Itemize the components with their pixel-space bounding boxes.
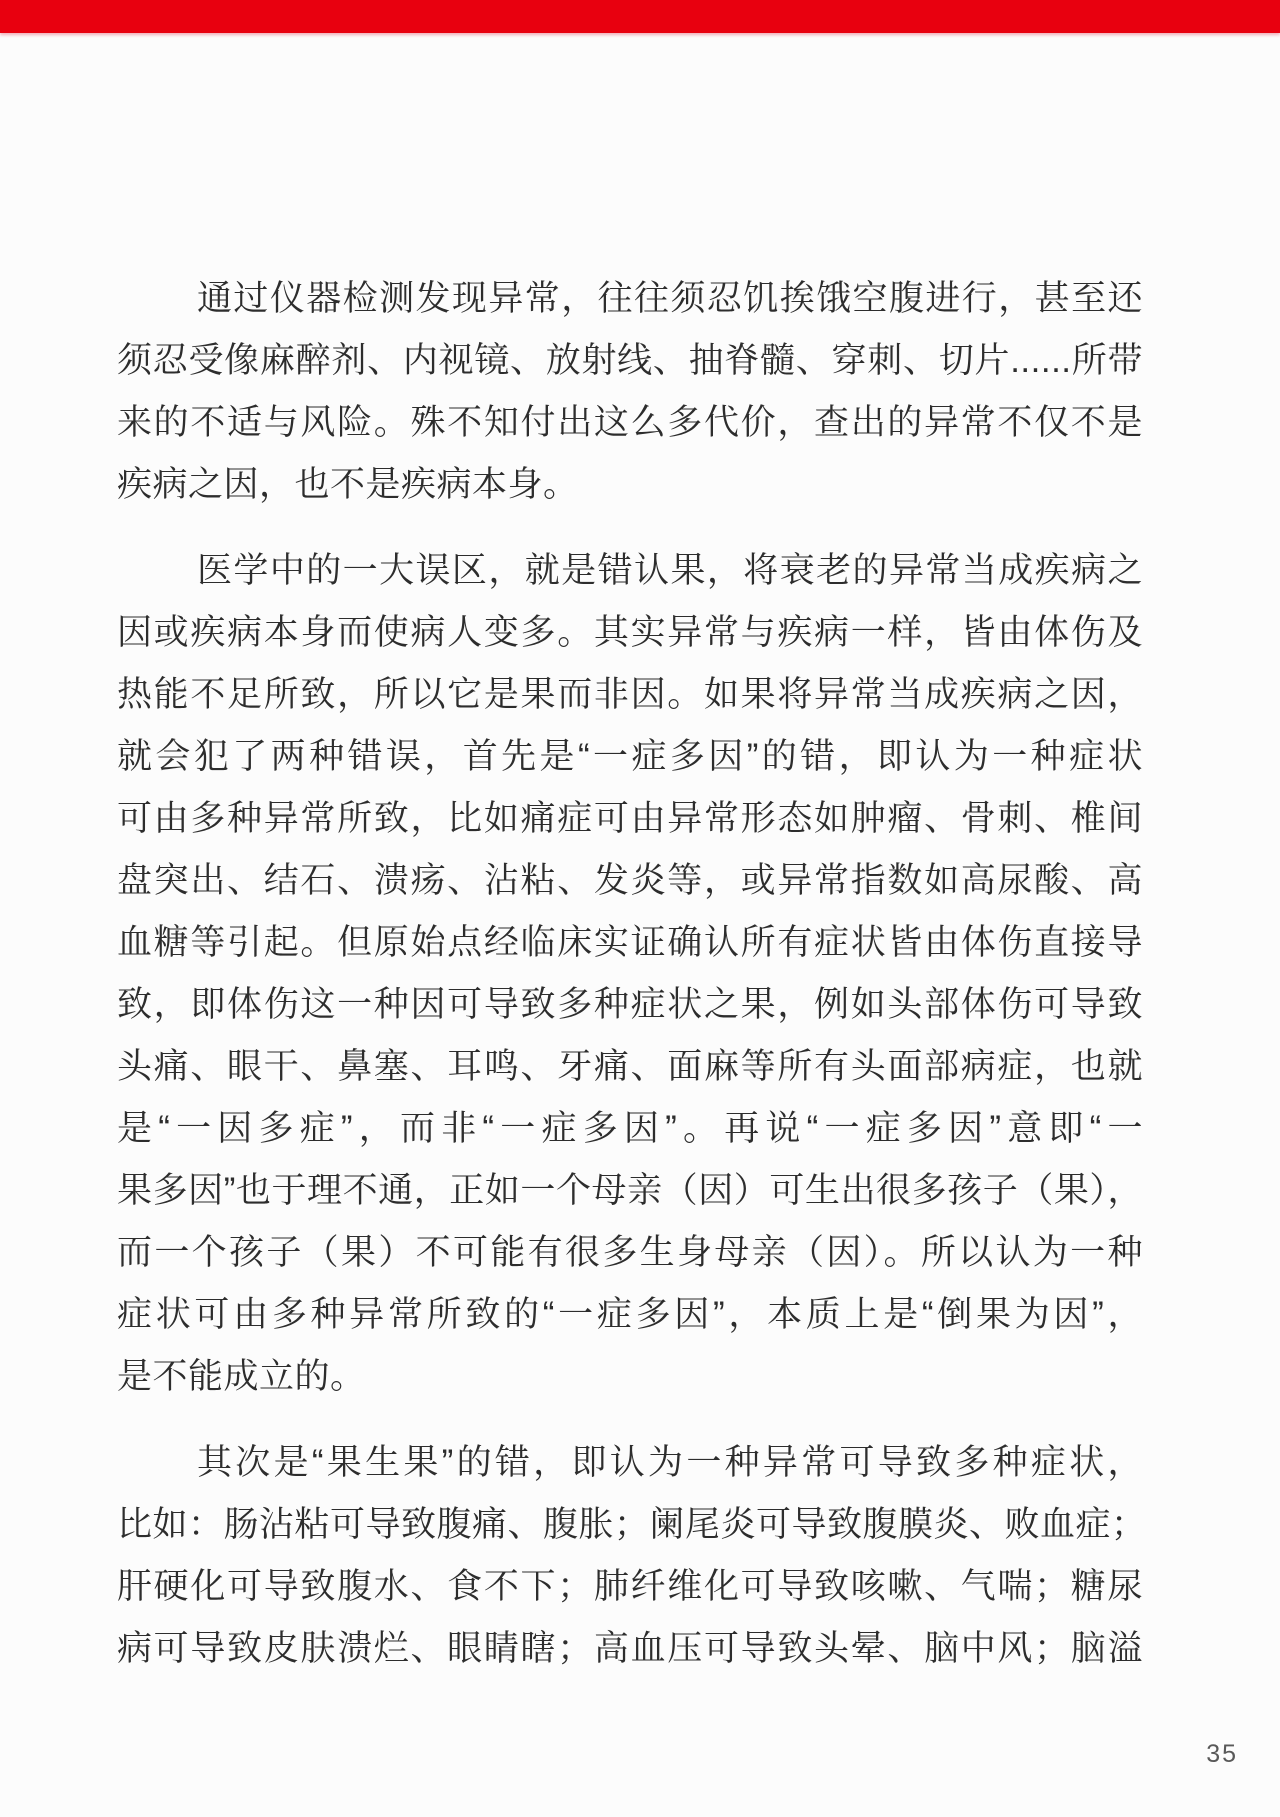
paragraph: 其次是“果生果”的错，即认为一种异常可导致多种症状，比如：肠沾粘可导致腹痛、腹胀… [117,1432,1143,1680]
text-line: 医学中的一大误区，就是错认果，将衰老的异常当成疾病之 [117,540,1143,602]
document-page: 通过仪器检测发现异常，往往须忍饥挨饿空腹进行，甚至还须忍受像麻醉剂、内视镜、放射… [0,0,1280,1817]
text-line: 致，即体伤这一种因可导致多种症状之果，例如头部体伤可导致 [117,974,1143,1036]
text-line: 果多因”也于理不通，正如一个母亲（因）可生出很多孩子（果）， [117,1160,1143,1222]
text-line: 血糖等引起。但原始点经临床实证确认所有症状皆由体伤直接导 [117,912,1143,974]
text-line: 须忍受像麻醉剂、内视镜、放射线、抽脊髓、穿刺、切片......所带 [117,330,1143,392]
text-line: 通过仪器检测发现异常，往往须忍饥挨饿空腹进行，甚至还 [117,268,1143,330]
paragraph: 医学中的一大误区，就是错认果，将衰老的异常当成疾病之因或疾病本身而使病人变多。其… [117,540,1143,1408]
page-body-text: 通过仪器检测发现异常，往往须忍饥挨饿空腹进行，甚至还须忍受像麻醉剂、内视镜、放射… [117,268,1143,1704]
page-number: 35 [1206,1740,1238,1769]
text-line: 因或疾病本身而使病人变多。其实异常与疾病一样，皆由体伤及 [117,602,1143,664]
text-line: 病可导致皮肤溃烂、眼睛瞎；高血压可导致头晕、脑中风；脑溢 [117,1618,1143,1680]
text-line: 而一个孩子（果）不可能有很多生身母亲（因）。所以认为一种 [117,1222,1143,1284]
text-line: 比如：肠沾粘可导致腹痛、腹胀；阑尾炎可导致腹膜炎、败血症； [117,1494,1143,1556]
text-line: 是“一因多症”，而非“一症多因”。再说“一症多因”意即“一 [117,1098,1143,1160]
text-line: 头痛、眼干、鼻塞、耳鸣、牙痛、面麻等所有头面部病症，也就 [117,1036,1143,1098]
text-line: 其次是“果生果”的错，即认为一种异常可导致多种症状， [117,1432,1143,1494]
header-bar [0,0,1280,33]
text-line: 肝硬化可导致腹水、食不下；肺纤维化可导致咳嗽、气喘；糖尿 [117,1556,1143,1618]
text-line: 来的不适与风险。殊不知付出这么多代价，查出的异常不仅不是 [117,392,1143,454]
text-line: 盘突出、结石、溃疡、沾粘、发炎等，或异常指数如高尿酸、高 [117,850,1143,912]
text-line: 是不能成立的。 [117,1346,1143,1408]
text-line: 就会犯了两种错误，首先是“一症多因”的错，即认为一种症状 [117,726,1143,788]
text-line: 症状可由多种异常所致的“一症多因”，本质上是“倒果为因”， [117,1284,1143,1346]
paragraph: 通过仪器检测发现异常，往往须忍饥挨饿空腹进行，甚至还须忍受像麻醉剂、内视镜、放射… [117,268,1143,516]
text-line: 热能不足所致，所以它是果而非因。如果将异常当成疾病之因， [117,664,1143,726]
text-line: 可由多种异常所致，比如痛症可由异常形态如肿瘤、骨刺、椎间 [117,788,1143,850]
text-line: 疾病之因，也不是疾病本身。 [117,454,1143,516]
